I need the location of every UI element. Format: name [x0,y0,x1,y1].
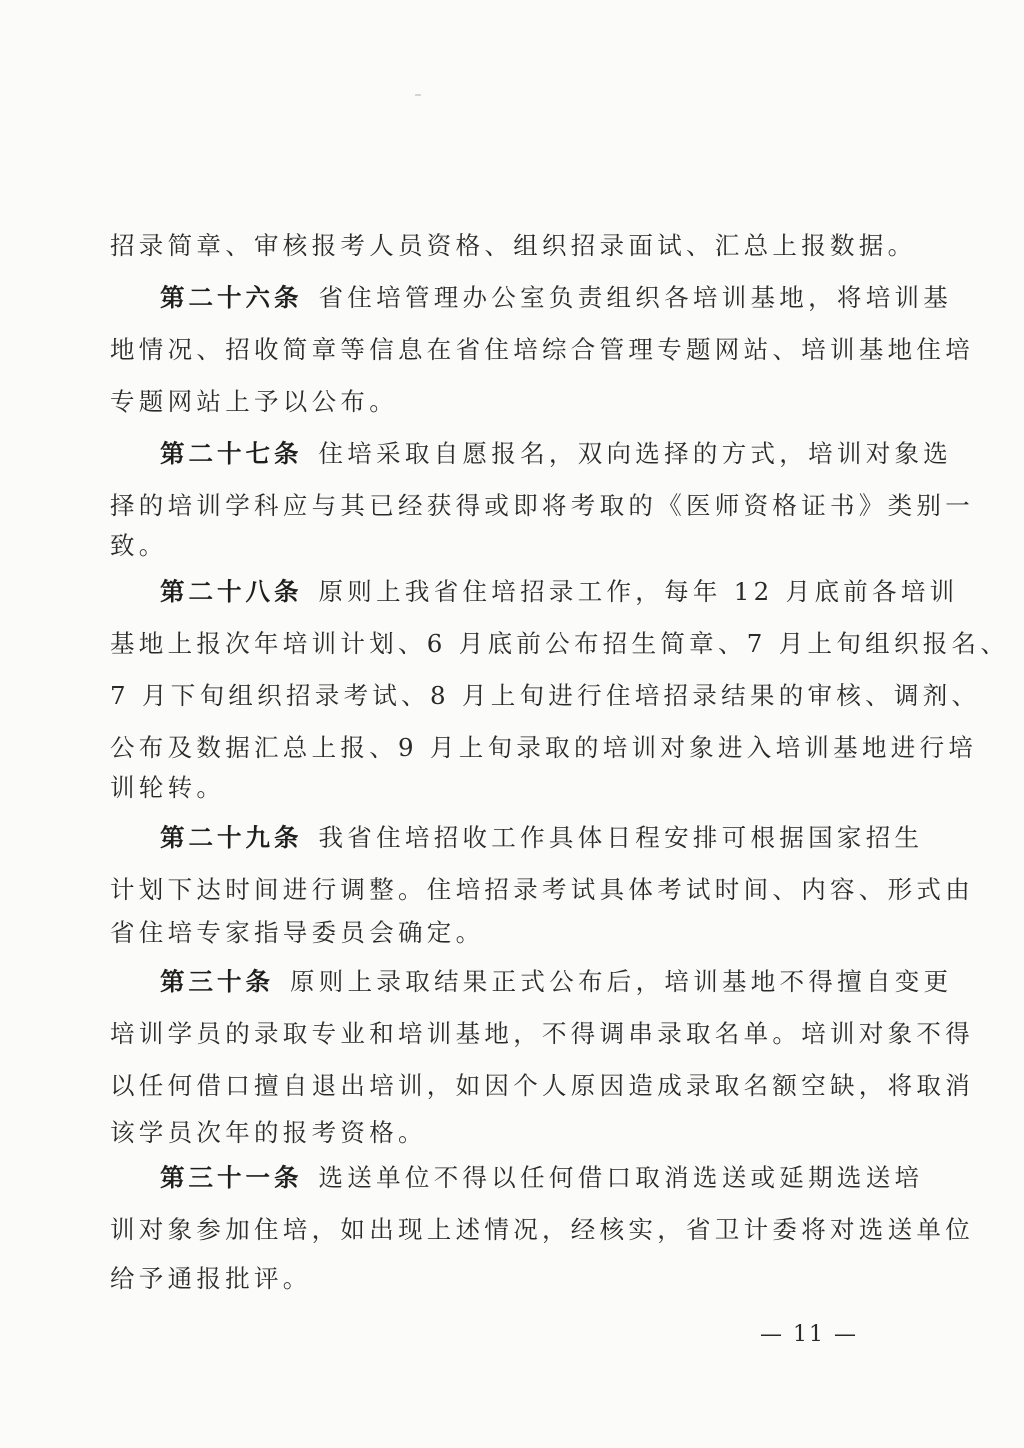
line-text: 致。 [110,531,168,560]
line-text: 省住培专家指导委员会确定。 [110,918,484,947]
line-text: 以任何借口擅自退出培训，如因个人原因造成录取名额空缺，将取消 [110,1071,974,1100]
text-line: 公布及数据汇总上报、9 月上旬录取的培训对象进入培训基地进行培 [110,733,890,763]
document-page: 招录简章、审核报考人员资格、组织招录面试、汇总上报数据。 第二十六条省住培管理办… [0,0,1024,1448]
article-number: 第二十九条 [160,823,303,852]
line-text: 给予通报批评。 [110,1264,312,1293]
line-text: 训对象参加住培，如出现上述情况，经核实，省卫计委将对选送单位 [110,1215,974,1244]
text-line: 省住培专家指导委员会确定。 [110,918,890,948]
article-number: 第三十条 [160,967,274,996]
line-text: 择的培训学科应与其已经获得或即将考取的《医师资格证书》类别一 [110,491,974,520]
text-line: 以任何借口擅自退出培训，如因个人原因造成录取名额空缺，将取消 [110,1071,890,1101]
text-line: 择的培训学科应与其已经获得或即将考取的《医师资格证书》类别一 [110,491,890,521]
article-30-heading-line: 第三十条原则上录取结果正式公布后，培训基地不得擅自变更 [160,967,890,997]
line-text: 我省住培招收工作具体日程安排可根据国家招生 [319,823,924,852]
text-line: 给予通报批评。 [110,1264,890,1294]
text-line: 培训学员的录取专业和培训基地，不得调串录取名单。培训对象不得 [110,1019,890,1049]
line-text: 地情况、招收简章等信息在省住培综合管理专题网站、培训基地住培 [110,335,974,364]
article-number: 第二十六条 [160,283,303,312]
article-31-heading-line: 第三十一条选送单位不得以任何借口取消选送或延期选送培 [160,1163,890,1193]
text-line: 计划下达时间进行调整。住培招录考试具体考试时间、内容、形式由 [110,875,890,905]
scan-artifact [415,94,421,96]
article-27-heading-line: 第二十七条住培采取自愿报名，双向选择的方式，培训对象选 [160,439,890,469]
line-text: 专题网站上予以公布。 [110,387,398,416]
line-text: 计划下达时间进行调整。住培招录考试具体考试时间、内容、形式由 [110,875,974,904]
line-text: 原则上录取结果正式公布后，培训基地不得擅自变更 [290,967,952,996]
line-text: 7 月下旬组织招录考试、8 月上旬进行住培招录结果的审核、调剂、 [110,681,980,710]
text-line: 训轮转。 [110,773,890,803]
page-number: — 11 — [760,1322,858,1347]
line-text: 培训学员的录取专业和培训基地，不得调串录取名单。培训对象不得 [110,1019,974,1048]
text-line: 招录简章、审核报考人员资格、组织招录面试、汇总上报数据。 [110,231,890,261]
text-line: 基地上报次年培训计划、6 月底前公布招生简章、7 月上旬组织报名、 [110,629,890,659]
article-29-heading-line: 第二十九条我省住培招收工作具体日程安排可根据国家招生 [160,823,890,853]
text-line: 该学员次年的报考资格。 [110,1118,890,1148]
text-line: 致。 [110,531,890,561]
article-26-heading-line: 第二十六条省住培管理办公室负责组织各培训基地，将培训基 [160,283,890,313]
line-text: 选送单位不得以任何借口取消选送或延期选送培 [319,1163,924,1192]
text-line: 地情况、招收简章等信息在省住培综合管理专题网站、培训基地住培 [110,335,890,365]
line-text: 训轮转。 [110,773,225,802]
article-number: 第二十七条 [160,439,303,468]
line-text: 公布及数据汇总上报、9 月上旬录取的培训对象进入培训基地进行培 [110,733,977,762]
article-28-heading-line: 第二十八条原则上我省住培招录工作，每年 12 月底前各培训 [160,577,890,607]
line-text: 省住培管理办公室负责组织各培训基地，将培训基 [319,283,953,312]
text-line: 专题网站上予以公布。 [110,387,890,417]
line-text: 住培采取自愿报名，双向选择的方式，培训对象选 [319,439,953,468]
line-text: 该学员次年的报考资格。 [110,1118,427,1147]
line-text: 原则上我省住培招录工作，每年 12 月底前各培训 [319,577,959,606]
text-line: 训对象参加住培，如出现上述情况，经核实，省卫计委将对选送单位 [110,1215,890,1245]
line-text: 基地上报次年培训计划、6 月底前公布招生简章、7 月上旬组织报名、 [110,629,1009,658]
article-number: 第二十八条 [160,577,303,606]
text-line: 7 月下旬组织招录考试、8 月上旬进行住培招录结果的审核、调剂、 [110,681,890,711]
article-number: 第三十一条 [160,1163,303,1192]
line-text: 招录简章、审核报考人员资格、组织招录面试、汇总上报数据。 [110,231,916,260]
